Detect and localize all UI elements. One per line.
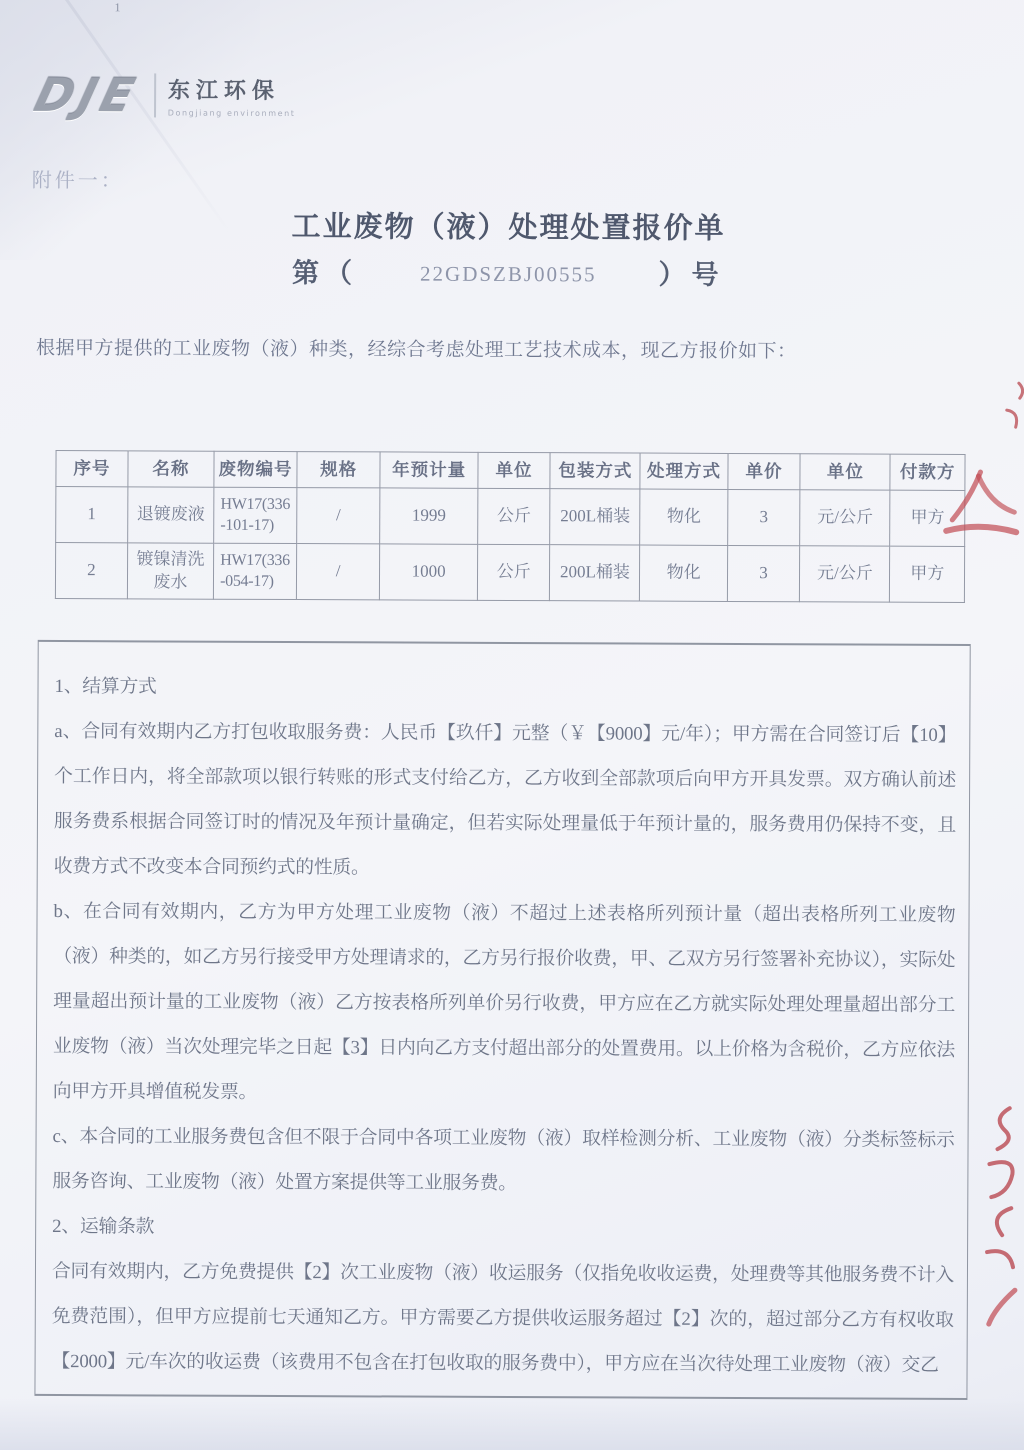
table-cell: 元/公斤 bbox=[800, 546, 890, 602]
table-row: 1退镀废液HW17(336 -101-17)/1999公斤200L桶装物化3元/… bbox=[56, 487, 965, 547]
column-header: 名称 bbox=[128, 451, 215, 487]
table-cell: 物化 bbox=[640, 545, 727, 601]
column-header: 付款方 bbox=[890, 454, 965, 490]
table-cell: HW17(336 -054-17) bbox=[214, 543, 297, 599]
logo-divider bbox=[154, 73, 156, 117]
table-cell: 元/公斤 bbox=[800, 490, 890, 546]
table-row: 2镀镍清洗 废水HW17(336 -054-17)/1000公斤200L桶装物化… bbox=[55, 543, 964, 603]
table-cell: 退镀废液 bbox=[127, 487, 214, 543]
terms-paragraph-c: c、本合同的工业服务费包含但不限于合同中各项工业废物（液）取样检测分析、工业废物… bbox=[52, 1114, 954, 1208]
table-cell: 1 bbox=[56, 487, 128, 543]
table-cell: 镀镍清洗 废水 bbox=[127, 543, 214, 599]
dje-logo-letters: DJE bbox=[30, 72, 143, 118]
quote-table: 序号名称废物编号规格年预计量单位包装方式处理方式单价单位付款方 1退镀废液HW1… bbox=[55, 450, 966, 603]
column-header: 年预计量 bbox=[380, 452, 477, 488]
table-cell: 甲方 bbox=[890, 490, 965, 546]
logo-text-block: 东江环保 Dongjiang environment bbox=[168, 73, 296, 118]
scanned-quotation-page: 1 DJE 东江环保 Dongjiang environment 附件一： 工业… bbox=[0, 0, 1024, 1450]
document-content: 1 DJE 东江环保 Dongjiang environment 附件一： 工业… bbox=[0, 0, 1024, 1450]
table-cell: 公斤 bbox=[477, 488, 550, 544]
column-header: 处理方式 bbox=[640, 453, 727, 489]
doc-number-value: 22GDSZBJ00555 bbox=[420, 262, 597, 288]
corner-page-number: 1 bbox=[114, 0, 120, 15]
column-header: 废物编号 bbox=[214, 451, 297, 487]
red-ink-mark bbox=[983, 1286, 1021, 1328]
column-header: 单位 bbox=[478, 452, 551, 488]
table-cell: 1000 bbox=[380, 544, 477, 600]
column-header: 序号 bbox=[56, 451, 128, 487]
logo-name-en: Dongjiang environment bbox=[168, 108, 296, 118]
table-cell: 公斤 bbox=[477, 544, 550, 600]
intro-text: 根据甲方提供的工业废物（液）种类，经综合考虑处理工艺技术成本，现乙方报价如下： bbox=[36, 333, 797, 363]
table-cell: / bbox=[296, 544, 380, 600]
red-ink-mark bbox=[999, 378, 1024, 436]
red-ink-mark bbox=[977, 1102, 1022, 1282]
terms-paragraph-transport: 合同有效期内，乙方免费提供【2】次工业废物（液）收运服务（仅指免收收运费，处理费… bbox=[51, 1249, 954, 1388]
terms-section2-title: 2、运输条款 bbox=[52, 1204, 954, 1253]
table-cell: 物化 bbox=[640, 489, 727, 545]
table-body: 1退镀废液HW17(336 -101-17)/1999公斤200L桶装物化3元/… bbox=[55, 487, 964, 603]
table-cell: / bbox=[297, 488, 381, 544]
terms-paragraph-b: b、在合同有效期内，乙方为甲方处理工业废物（液）不超过上述表格所列预计量（超出表… bbox=[53, 889, 956, 1118]
column-header: 单价 bbox=[728, 453, 801, 489]
terms-section1-title: 1、结算方式 bbox=[54, 664, 956, 713]
table-header-row: 序号名称废物编号规格年预计量单位包装方式处理方式单价单位付款方 bbox=[56, 451, 965, 491]
table-cell: HW17(336 -101-17) bbox=[214, 487, 297, 543]
column-header: 单位 bbox=[800, 454, 890, 490]
terms-paragraph-a: a、合同有效期内乙方打包收取服务费：人民币【玖仟】元整（￥【9000】元/年）；… bbox=[54, 709, 957, 893]
table-cell: 3 bbox=[727, 545, 800, 601]
column-header: 包装方式 bbox=[550, 453, 640, 489]
company-logo: DJE 东江环保 Dongjiang environment bbox=[36, 72, 296, 119]
table-cell: 1999 bbox=[380, 488, 477, 544]
table-cell: 200L桶装 bbox=[550, 489, 640, 545]
doc-number-suffix: ）号 bbox=[659, 253, 725, 292]
doc-number-prefix: 第（ bbox=[292, 251, 358, 290]
table-cell: 3 bbox=[727, 489, 800, 545]
table-cell: 200L桶装 bbox=[550, 545, 640, 601]
terms-box: 1、结算方式 a、合同有效期内乙方打包收取服务费：人民币【玖仟】元整（￥【900… bbox=[34, 640, 970, 1400]
logo-name-cn: 东江环保 bbox=[168, 73, 296, 105]
table-cell: 2 bbox=[55, 543, 127, 599]
document-number-line: 第（ 22GDSZBJ00555 ）号 bbox=[1, 250, 1015, 293]
table-cell: 甲方 bbox=[890, 546, 965, 602]
column-header: 规格 bbox=[297, 452, 381, 488]
document-title: 工业废物（液）处理处置报价单 bbox=[1, 203, 1015, 248]
attachment-label: 附件一： bbox=[32, 164, 124, 193]
